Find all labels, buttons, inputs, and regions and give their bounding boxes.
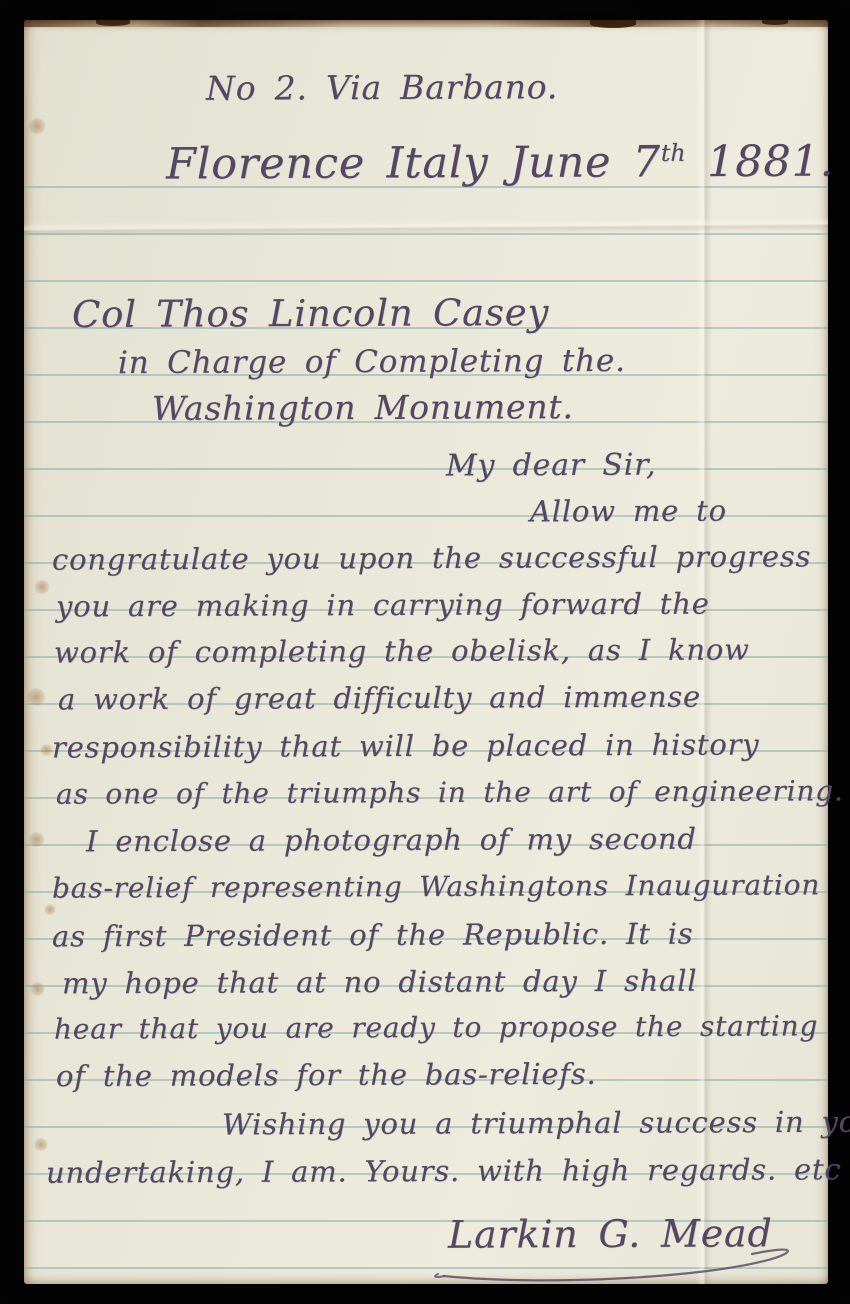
horizontal-fold-crease <box>24 217 828 237</box>
edge-chip <box>762 20 788 25</box>
body-line: congratulate you upon the successful pro… <box>52 539 811 576</box>
signature: Larkin G. Mead <box>448 1211 773 1256</box>
stain-spot <box>34 580 50 594</box>
body-line: of the models for the bas-reliefs. <box>56 1057 597 1093</box>
body-line: I enclose a photograph of my second <box>86 822 697 859</box>
recipient-line: Washington Monument. <box>152 387 574 428</box>
body-line: work of completing the obelisk, as I kno… <box>54 632 750 669</box>
dateline-year: 1881. <box>707 137 834 188</box>
dateline: Florence Italy June 7th 1881. <box>166 137 834 190</box>
stain-spot <box>34 1138 48 1151</box>
stain-spot <box>30 982 45 996</box>
edge-chip <box>590 20 636 28</box>
body-line: bas-relief representing Washingtons Inau… <box>52 868 820 904</box>
body-line: as one of the triumphs in the art of eng… <box>56 774 844 810</box>
body-line: a work of great difficulty and immense <box>58 680 701 717</box>
body-line: Wishing you a triumphal success in your <box>222 1105 850 1142</box>
address-line: No 2. Via Barbano. <box>206 67 558 108</box>
body-line: as first President of the Republic. It i… <box>52 917 694 954</box>
dateline-ordinal: th <box>661 139 686 167</box>
body-line: Allow me to <box>530 494 727 529</box>
salutation: My dear Sir, <box>446 448 656 484</box>
body-line: undertaking, I am. Yours. with high rega… <box>46 1152 842 1189</box>
body-line: my hope that at no distant day I shall <box>62 964 697 1001</box>
recipient-line: in Charge of Completing the. <box>118 343 626 381</box>
body-line: you are making in carrying forward the <box>56 587 710 624</box>
body-line: hear that you are ready to propose the s… <box>54 1009 818 1045</box>
letter-page: No 2. Via Barbano. Florence Italy June 7… <box>24 20 828 1284</box>
edge-chip <box>96 20 130 26</box>
top-edge-toning <box>24 20 828 27</box>
body-line: responsibility that will be placed in hi… <box>52 727 760 764</box>
stain-spot <box>28 118 46 134</box>
stain-spot <box>44 904 56 915</box>
recipient-line: Col Thos Lincoln Casey <box>72 291 549 336</box>
stain-spot <box>26 688 46 706</box>
stain-spot <box>28 832 45 847</box>
dateline-main: Florence Italy June 7 <box>166 137 661 189</box>
